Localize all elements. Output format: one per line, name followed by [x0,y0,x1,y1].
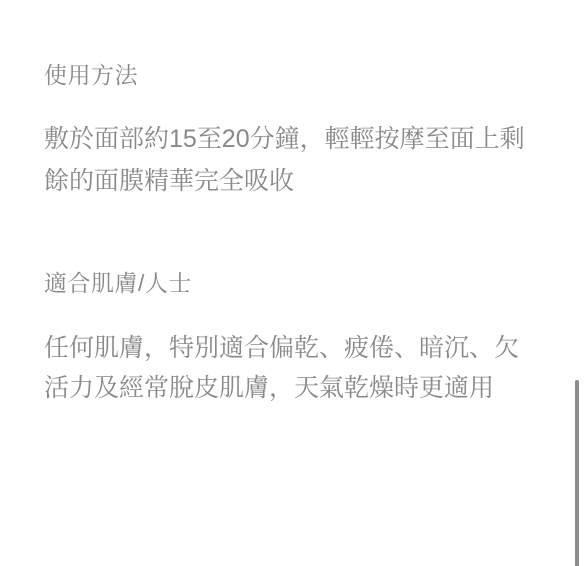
suitable-skin-heading: 適合肌膚/人士 [44,270,192,296]
vertical-scrollbar-thumb[interactable] [575,380,579,566]
usage-method-line-1: 敷於面部約15至20分鐘，輕輕按摩至面上剩 [44,118,525,160]
usage-method-line-2: 餘的面膜精華完全吸收 [44,160,525,202]
usage-method-heading: 使用方法 [44,62,138,88]
usage-method-text: 敷於面部約15至20分鐘，輕輕按摩至面上剩 餘的面膜精華完全吸收 [44,118,525,202]
suitable-skin-line-2: 活力及經常脫皮肌膚，天氣乾燥時更適用 [44,368,519,408]
suitable-skin-text: 任何肌膚，特別適合偏乾、疲倦、暗沉、欠 活力及經常脫皮肌膚，天氣乾燥時更適用 [44,328,519,408]
suitable-skin-line-1: 任何肌膚，特別適合偏乾、疲倦、暗沉、欠 [44,328,519,368]
product-description-panel: 使用方法 敷於面部約15至20分鐘，輕輕按摩至面上剩 餘的面膜精華完全吸收 適合… [0,0,585,566]
